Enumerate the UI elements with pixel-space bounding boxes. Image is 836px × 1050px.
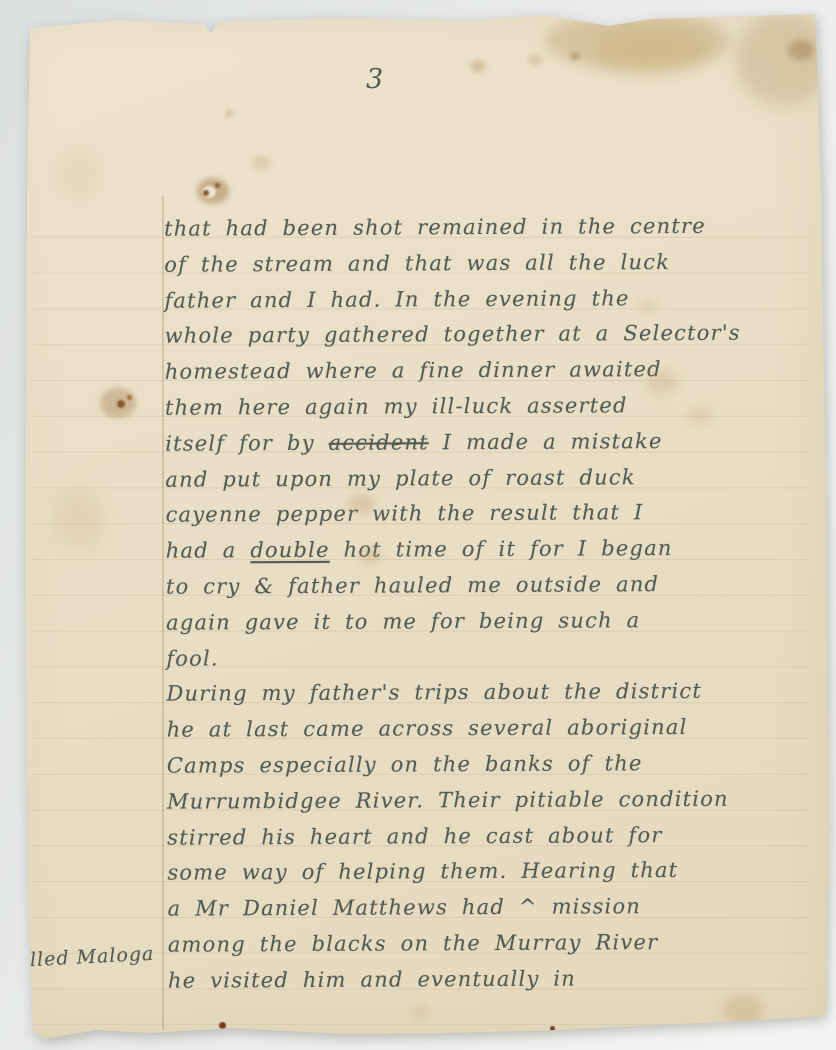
stain-spot xyxy=(470,60,486,72)
stain-left-cluster xyxy=(100,388,136,418)
manuscript-page: 3 that had been shot remained in the cen… xyxy=(0,0,836,1050)
paper-abrasion-mark xyxy=(202,186,216,198)
line-text: among the blacks on the Murray River xyxy=(168,930,659,957)
stain-dot xyxy=(127,395,132,400)
stain-dot xyxy=(219,1022,226,1029)
stain-top-edge xyxy=(545,12,730,70)
line-text: and put upon my plate of roast duck xyxy=(165,465,635,491)
manuscript-line: stirred his heart and he cast about for xyxy=(167,817,811,856)
stain-dot xyxy=(117,400,125,408)
stain-dot xyxy=(225,110,233,117)
stain-dot xyxy=(550,1026,555,1031)
manuscript-line: he at last came across several aborigina… xyxy=(167,709,811,748)
line-text: some way of helping them. Hearing that xyxy=(167,858,678,885)
line-text: I made a mistake xyxy=(443,429,663,454)
line-text: again gave it to me for being such a xyxy=(166,608,640,634)
line-text: that had been shot remained in the centr… xyxy=(164,214,706,241)
line-text: to cry & father hauled me outside and xyxy=(166,572,659,599)
manuscript-line: cayenne pepper with the result that I xyxy=(165,495,809,534)
stain-dot xyxy=(203,190,209,196)
underlined-word: double xyxy=(250,538,330,562)
manuscript-line: some way of helping them. Hearing that xyxy=(167,853,811,892)
manuscript-line: of the stream and that was all the luck xyxy=(164,244,808,283)
manuscript-line: a Mr Daniel Matthews had ^ mission xyxy=(168,888,812,927)
manuscript-line: that had been shot remained in the centr… xyxy=(164,208,808,247)
line-text: cayenne pepper with the result that I xyxy=(165,501,643,528)
stain-spot xyxy=(412,1006,429,1019)
line-text: father and I had. In the evening the xyxy=(164,286,629,312)
manuscript-line: among the blacks on the Murray River xyxy=(168,924,812,963)
manuscript-line: he visited him and eventually in xyxy=(168,960,812,999)
manuscript-line: During my father's trips about the distr… xyxy=(166,674,810,713)
manuscript-line: fool. xyxy=(166,638,810,677)
stain-bottom-right xyxy=(722,994,764,1025)
manuscript-line: father and I had. In the evening the xyxy=(164,280,808,319)
line-text: homestead where a fine dinner awaited xyxy=(165,357,662,384)
stain-top-right-dark xyxy=(788,40,814,60)
line-text: had a xyxy=(166,538,251,562)
manuscript-text: that had been shot remained in the centr… xyxy=(164,208,812,999)
line-text: fool. xyxy=(166,646,219,670)
stain-top-edge-inner xyxy=(592,28,710,72)
line-text: itself for by xyxy=(165,431,329,456)
line-text: stirred his heart and he cast about for xyxy=(167,823,662,850)
line-text: them here again my ill-luck asserted xyxy=(165,393,628,419)
margin-note: called Maloga xyxy=(6,942,177,973)
photo-background: 3 that had been shot remained in the cen… xyxy=(0,0,836,1050)
stain-spot xyxy=(570,52,580,60)
margin-rule-line xyxy=(162,196,164,1030)
stain-left-upper xyxy=(58,148,100,200)
page-number: 3 xyxy=(366,64,384,95)
stain-spot xyxy=(252,156,270,170)
manuscript-line: to cry & father hauled me outside and xyxy=(166,566,810,605)
line-text: of the stream and that was all the luck xyxy=(164,250,670,277)
manuscript-line: Murrumbidgee River. Their pitiable condi… xyxy=(167,781,811,820)
manuscript-line: whole party gathered together at a Selec… xyxy=(165,316,809,355)
line-text: hot time of it for I began xyxy=(344,536,673,562)
line-text: During my father's trips about the distr… xyxy=(166,679,702,706)
manuscript-line: had a double hot time of it for I began xyxy=(166,530,810,569)
stain-dot xyxy=(215,183,220,188)
manuscript-line: them here again my ill-luck asserted xyxy=(165,387,809,426)
line-text: whole party gathered together at a Selec… xyxy=(165,321,741,348)
manuscript-line: homestead where a fine dinner awaited xyxy=(165,352,809,391)
line-text: Camps especially on the banks of the xyxy=(167,751,643,777)
stain-left-blotch xyxy=(52,488,104,550)
manuscript-line: and put upon my plate of roast duck xyxy=(165,459,809,498)
stain-top-right-corner xyxy=(735,14,831,106)
paper-shadow: 3 that had been shot remained in the cen… xyxy=(0,0,836,1050)
line-text: he at last came across several aborigina… xyxy=(167,715,688,742)
struck-out-word: accident xyxy=(329,430,429,455)
manuscript-line: itself for by accident I made a mistake xyxy=(165,423,809,462)
line-text: a Mr Daniel Matthews had ^ mission xyxy=(168,894,642,920)
manuscript-line: Camps especially on the banks of the xyxy=(167,745,811,784)
line-text: Murrumbidgee River. Their pitiable condi… xyxy=(167,786,729,813)
line-text: he visited him and eventually in xyxy=(168,966,576,992)
manuscript-line: again gave it to me for being such a xyxy=(166,602,810,641)
stain-speckle-cluster xyxy=(197,178,229,204)
stain-spot xyxy=(528,55,542,65)
